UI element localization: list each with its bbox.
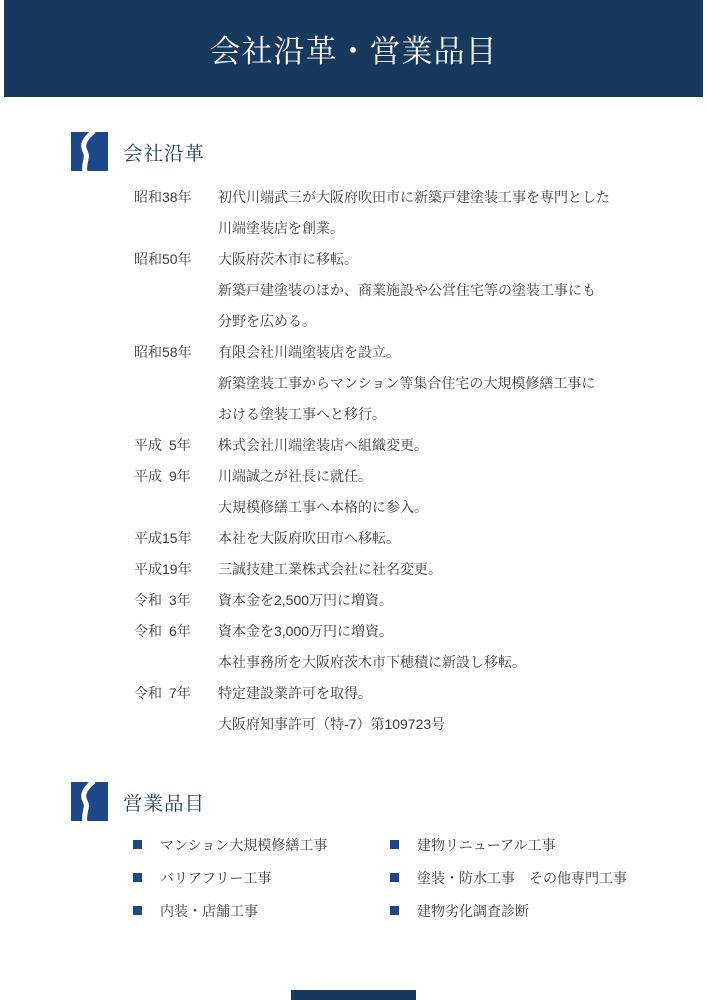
entry-description: 特定建設業許可を取得。大阪府知事許可（特-7）第109723号: [218, 678, 674, 740]
footer-accent-bar: [291, 990, 416, 1000]
services-list: マンション大規模修繕工事バリアフリー工事内装・店舗工事建物リニューアル工事塗装・…: [133, 828, 627, 927]
description-line: 資本金を2,500万円に増資。: [218, 585, 674, 616]
era-label: 昭和50年: [134, 244, 218, 275]
description-line: 初代川端武三が大阪府吹田市に新築戸建塗装工事を専門とした: [218, 182, 674, 213]
entry-description: 株式会社川端塗装店へ組織変更。: [218, 430, 674, 461]
description-line: 新築塗装工事からマンション等集合住宅の大規模修繕工事に: [218, 368, 674, 399]
description-line: 川端塗装店を創業。: [218, 213, 674, 244]
timeline-entry: 平成19年三誠技建工業株式会社に社名変更。: [134, 554, 674, 585]
entry-description: 有限会社川端塗装店を設立。新築塗装工事からマンション等集合住宅の大規模修繕工事に…: [218, 337, 674, 430]
timeline-entry: 令和 7年特定建設業許可を取得。大阪府知事許可（特-7）第109723号: [134, 678, 674, 740]
description-line: 大阪府茨木市に移転。: [218, 244, 674, 275]
era-label: 令和 3年: [134, 585, 218, 616]
era-label: 平成19年: [134, 554, 218, 585]
entry-description: 三誠技建工業株式会社に社名変更。: [218, 554, 674, 585]
company-logo-icon: [71, 132, 108, 171]
square-bullet-icon: [390, 906, 399, 915]
page-title: 会社沿革・営業品目: [210, 26, 498, 71]
timeline-entry: 平成15年本社を大阪府吹田市へ移転。: [134, 523, 674, 554]
services-section-heading: 営業品目: [71, 782, 205, 821]
description-line: 株式会社川端塗装店へ組織変更。: [218, 430, 674, 461]
description-line: 本社事務所を大阪府茨木市下穂積に新設し移転。: [218, 647, 674, 678]
entry-description: 川端誠之が社長に就任。大規模修繕工事へ本格的に参入。: [218, 461, 674, 523]
service-item: 内装・店舗工事: [133, 894, 390, 927]
era-label: 昭和58年: [134, 337, 218, 368]
service-item-label: 内装・店舗工事: [160, 901, 258, 921]
company-logo-icon: [71, 782, 108, 821]
service-item-label: 建物劣化調査診断: [417, 901, 529, 921]
era-label: 令和 6年: [134, 616, 218, 647]
timeline: 昭和38年初代川端武三が大阪府吹田市に新築戸建塗装工事を専門とした川端塗装店を創…: [134, 182, 674, 740]
description-line: おける塗装工事へと移行。: [218, 399, 674, 430]
service-item-label: マンション大規模修繕工事: [160, 835, 327, 855]
era-label: 平成15年: [134, 523, 218, 554]
description-line: 分野を広める。: [218, 306, 674, 337]
description-line: 大阪府知事許可（特-7）第109723号: [218, 709, 674, 740]
service-item-label: 建物リニューアル工事: [417, 835, 555, 855]
description-line: 大規模修繕工事へ本格的に参入。: [218, 492, 674, 523]
timeline-entry: 平成 9年川端誠之が社長に就任。大規模修繕工事へ本格的に参入。: [134, 461, 674, 523]
page-header-bar: 会社沿革・営業品目: [4, 0, 703, 97]
services-column: 建物リニューアル工事塗装・防水工事 その他専門工事建物劣化調査診断: [390, 828, 627, 927]
era-label: 平成 9年: [134, 461, 218, 492]
service-item: 建物劣化調査診断: [390, 894, 627, 927]
description-line: 有限会社川端塗装店を設立。: [218, 337, 674, 368]
era-label: 平成 5年: [134, 430, 218, 461]
square-bullet-icon: [133, 873, 142, 882]
timeline-entry: 令和 3年資本金を2,500万円に増資。: [134, 585, 674, 616]
era-label: 昭和38年: [134, 182, 218, 213]
service-item: バリアフリー工事: [133, 861, 390, 894]
entry-description: 資本金を3,000万円に増資。本社事務所を大阪府茨木市下穂積に新設し移転。: [218, 616, 674, 678]
description-line: 本社を大阪府吹田市へ移転。: [218, 523, 674, 554]
square-bullet-icon: [133, 840, 142, 849]
timeline-entry: 昭和58年有限会社川端塗装店を設立。新築塗装工事からマンション等集合住宅の大規模…: [134, 337, 674, 430]
square-bullet-icon: [390, 873, 399, 882]
timeline-entry: 昭和50年大阪府茨木市に移転。新築戸建塗装のほか、商業施設や公営住宅等の塗装工事…: [134, 244, 674, 337]
description-line: 新築戸建塗装のほか、商業施設や公営住宅等の塗装工事にも: [218, 275, 674, 306]
entry-description: 資本金を2,500万円に増資。: [218, 585, 674, 616]
services-section-title: 営業品目: [123, 788, 205, 816]
service-item-label: 塗装・防水工事 その他専門工事: [417, 868, 627, 888]
service-item: マンション大規模修繕工事: [133, 828, 390, 861]
services-column: マンション大規模修繕工事バリアフリー工事内装・店舗工事: [133, 828, 390, 927]
description-line: 特定建設業許可を取得。: [218, 678, 674, 709]
service-item: 塗装・防水工事 その他専門工事: [390, 861, 627, 894]
description-line: 川端誠之が社長に就任。: [218, 461, 674, 492]
square-bullet-icon: [390, 840, 399, 849]
entry-description: 初代川端武三が大阪府吹田市に新築戸建塗装工事を専門とした川端塗装店を創業。: [218, 182, 674, 244]
entry-description: 本社を大阪府吹田市へ移転。: [218, 523, 674, 554]
era-label: 令和 7年: [134, 678, 218, 709]
service-item-label: バリアフリー工事: [160, 868, 271, 888]
description-line: 資本金を3,000万円に増資。: [218, 616, 674, 647]
timeline-entry: 平成 5年株式会社川端塗装店へ組織変更。: [134, 430, 674, 461]
history-section-title: 会社沿革: [123, 138, 205, 166]
timeline-entry: 昭和38年初代川端武三が大阪府吹田市に新築戸建塗装工事を専門とした川端塗装店を創…: [134, 182, 674, 244]
service-item: 建物リニューアル工事: [390, 828, 627, 861]
document-page: 会社沿革・営業品目 会社沿革 昭和38年初代川端武三が大阪府吹田市に新築戸建塗装…: [0, 0, 707, 1000]
entry-description: 大阪府茨木市に移転。新築戸建塗装のほか、商業施設や公営住宅等の塗装工事にも分野を…: [218, 244, 674, 337]
square-bullet-icon: [133, 906, 142, 915]
timeline-entry: 令和 6年資本金を3,000万円に増資。本社事務所を大阪府茨木市下穂積に新設し移…: [134, 616, 674, 678]
history-section-heading: 会社沿革: [71, 132, 205, 171]
description-line: 三誠技建工業株式会社に社名変更。: [218, 554, 674, 585]
